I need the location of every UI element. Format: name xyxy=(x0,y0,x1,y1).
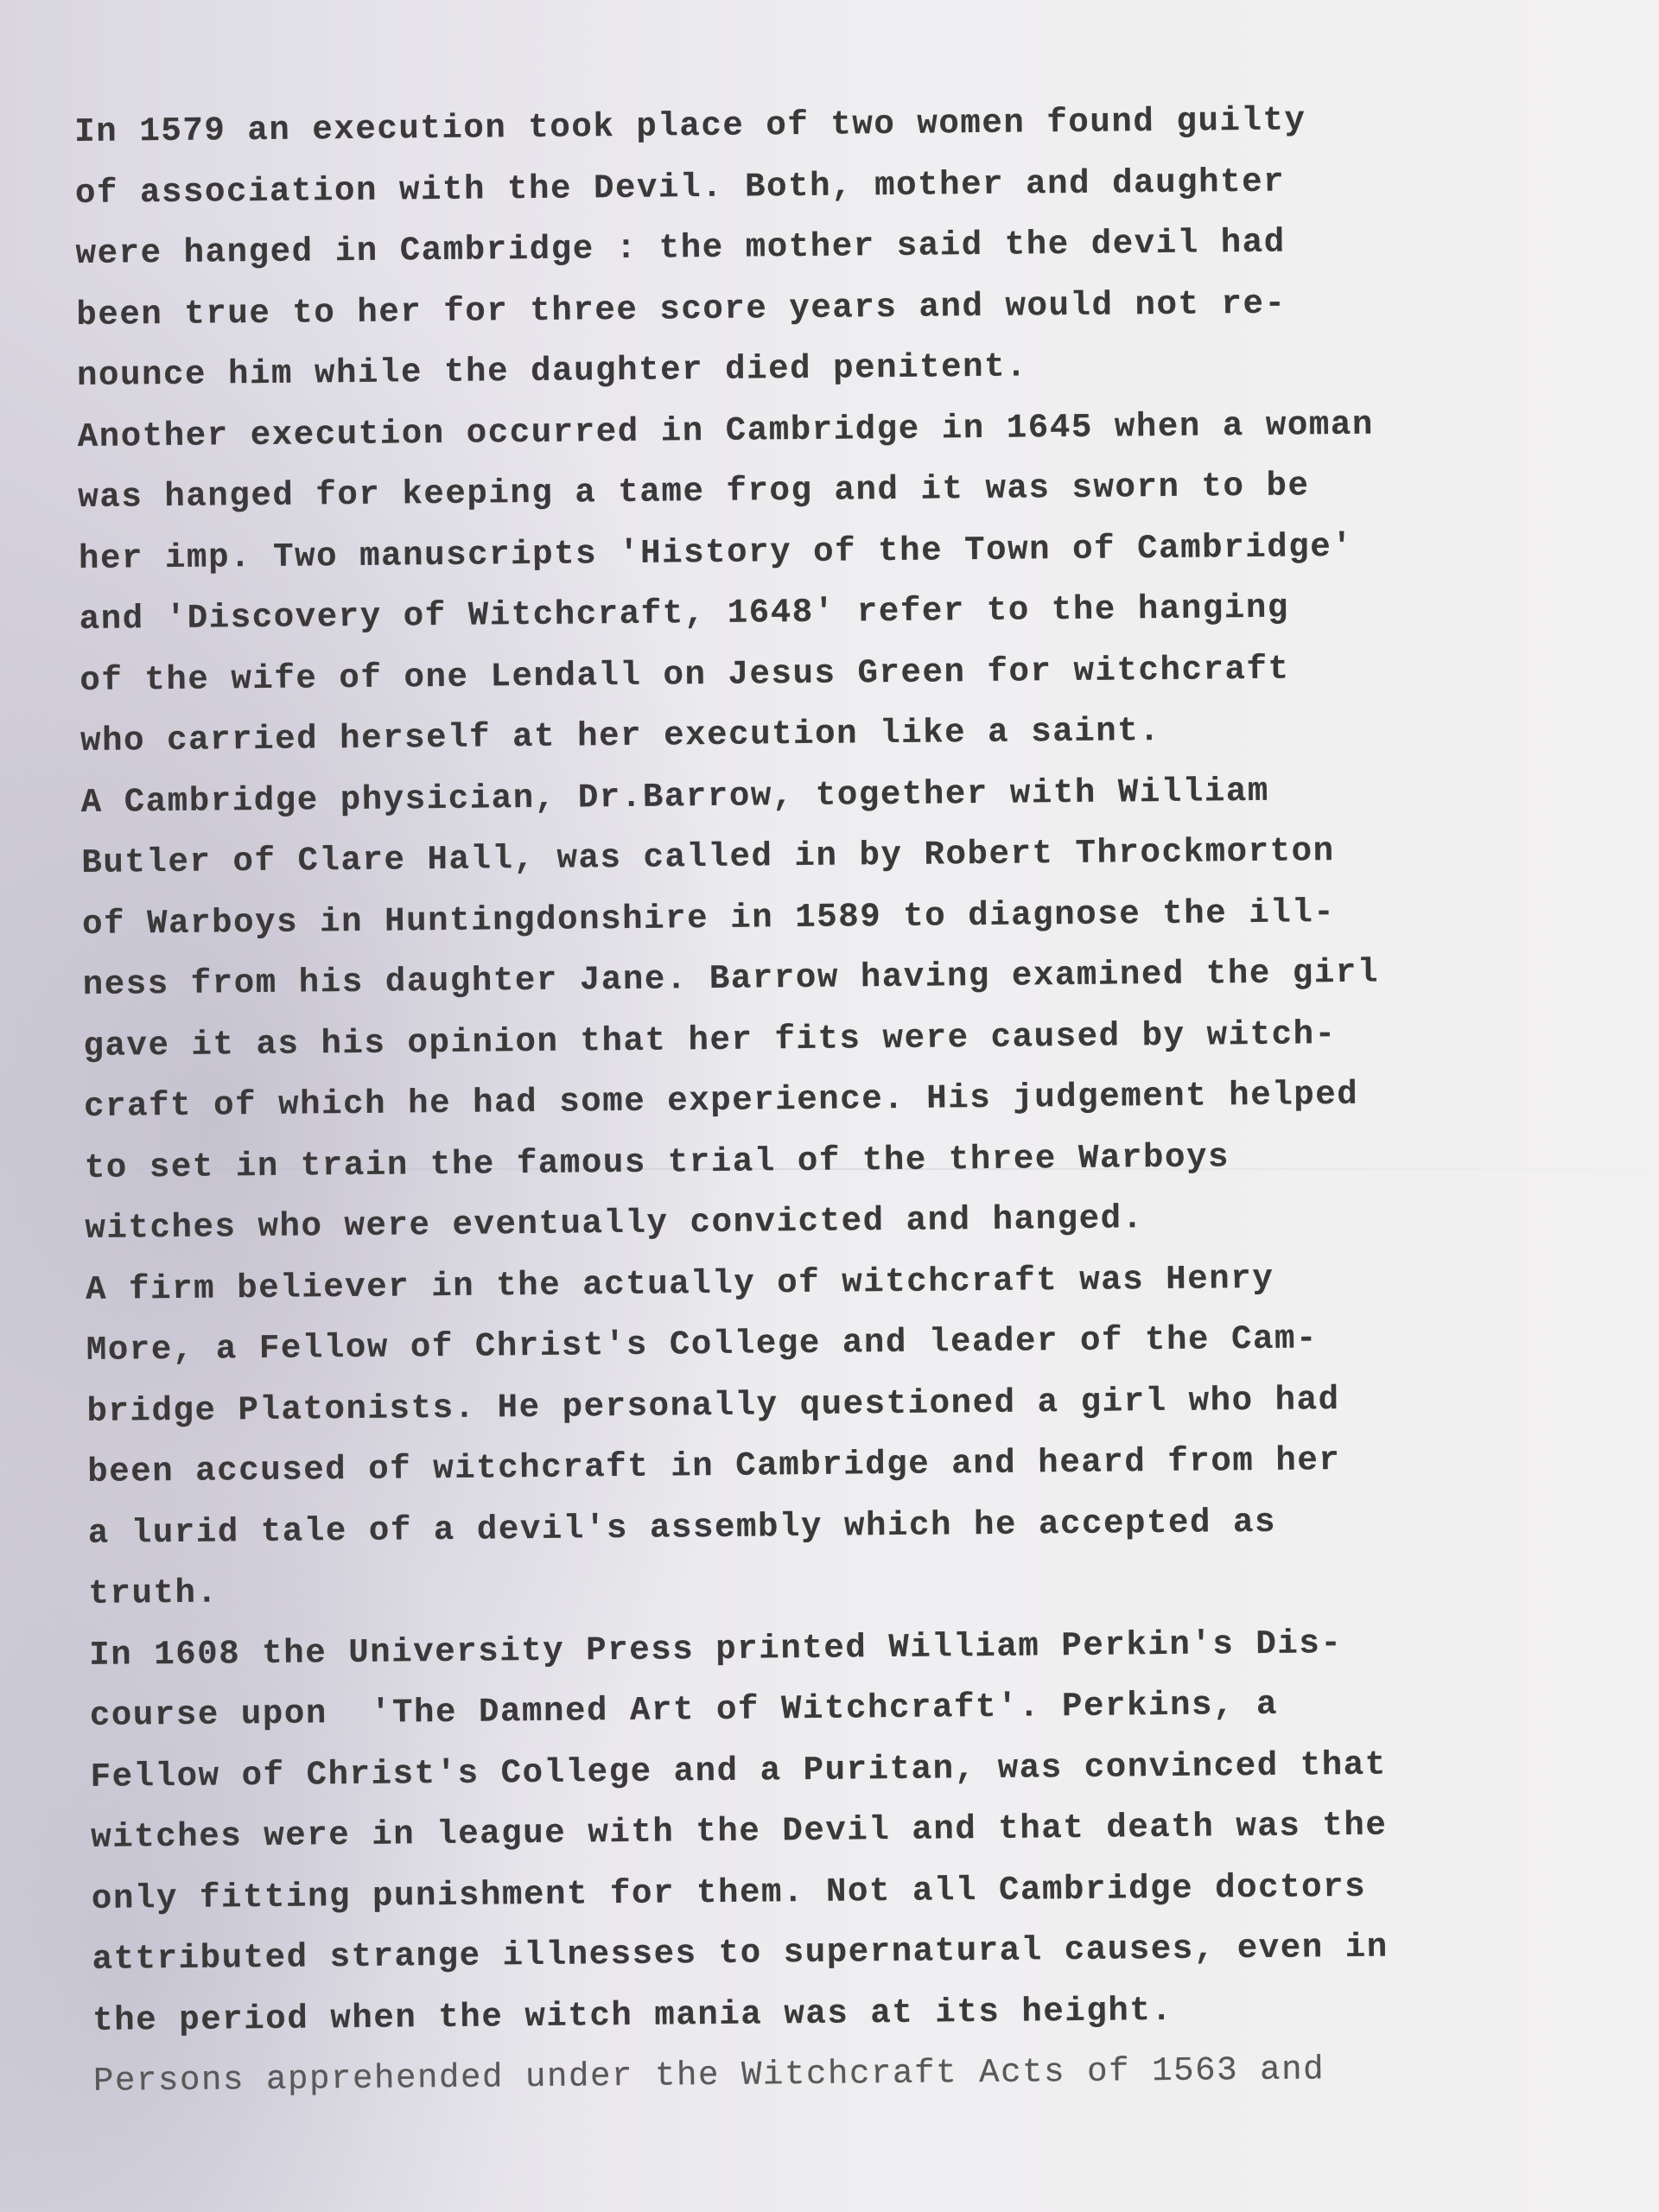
typewritten-text-body: In 1579 an execution took place of two w… xyxy=(74,87,1614,2112)
paragraph-4: A firm believer in the actually of witch… xyxy=(86,1245,1610,1625)
paragraph-1: In 1579 an execution took place of two w… xyxy=(74,87,1598,406)
paragraph-2: Another execution occurred in Cambridge … xyxy=(77,392,1601,772)
paragraph-5: In 1608 the University Press printed Wil… xyxy=(89,1611,1614,2051)
paragraph-3: A Cambridge physician, Dr.Barrow, togeth… xyxy=(80,758,1605,1260)
